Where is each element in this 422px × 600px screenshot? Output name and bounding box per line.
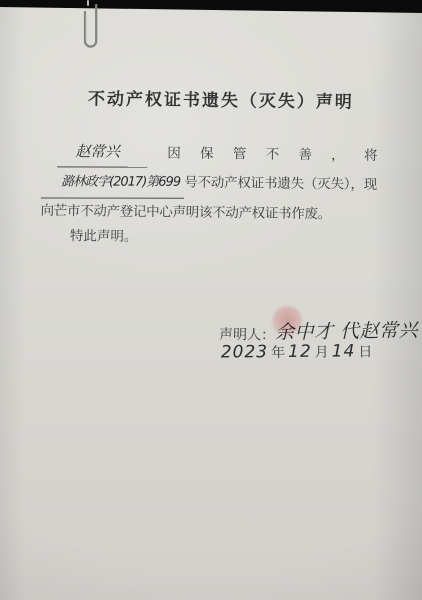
date-line: 2023年12月14日 [218,341,373,362]
date-day-unit: 日 [358,345,372,360]
paper-clip-icon [79,0,103,58]
date-year-unit: 年 [271,346,285,361]
body-paragraph: 赵常兴因保管不善，将潞林政字(2017)第699号不动产权证书遗失（灭失），现向… [40,137,377,230]
closing-statement: 特此声明。 [40,224,340,248]
document-photo: 不动产权证书遗失（灭失）声明 赵常兴因保管不善，将潞林政字(2017)第699号… [0,0,422,600]
document-title: 不动产权证书遗失（灭失）声明 [56,84,386,113]
date-month-unit: 月 [315,346,329,361]
owner-name-handwritten: 赵常兴 [57,137,147,167]
date-year-handwritten: 2023 [218,342,271,362]
document-content: 不动产权证书遗失（灭失）声明 赵常兴因保管不善，将潞林政字(2017)第699号… [0,0,422,600]
certificate-number-handwritten: 潞林政字(2017)第699 [41,168,184,198]
body-text-after-name: 因保管不善，将 [148,145,378,163]
date-month-handwritten: 12 [285,342,315,362]
date-day-handwritten: 14 [329,341,359,361]
